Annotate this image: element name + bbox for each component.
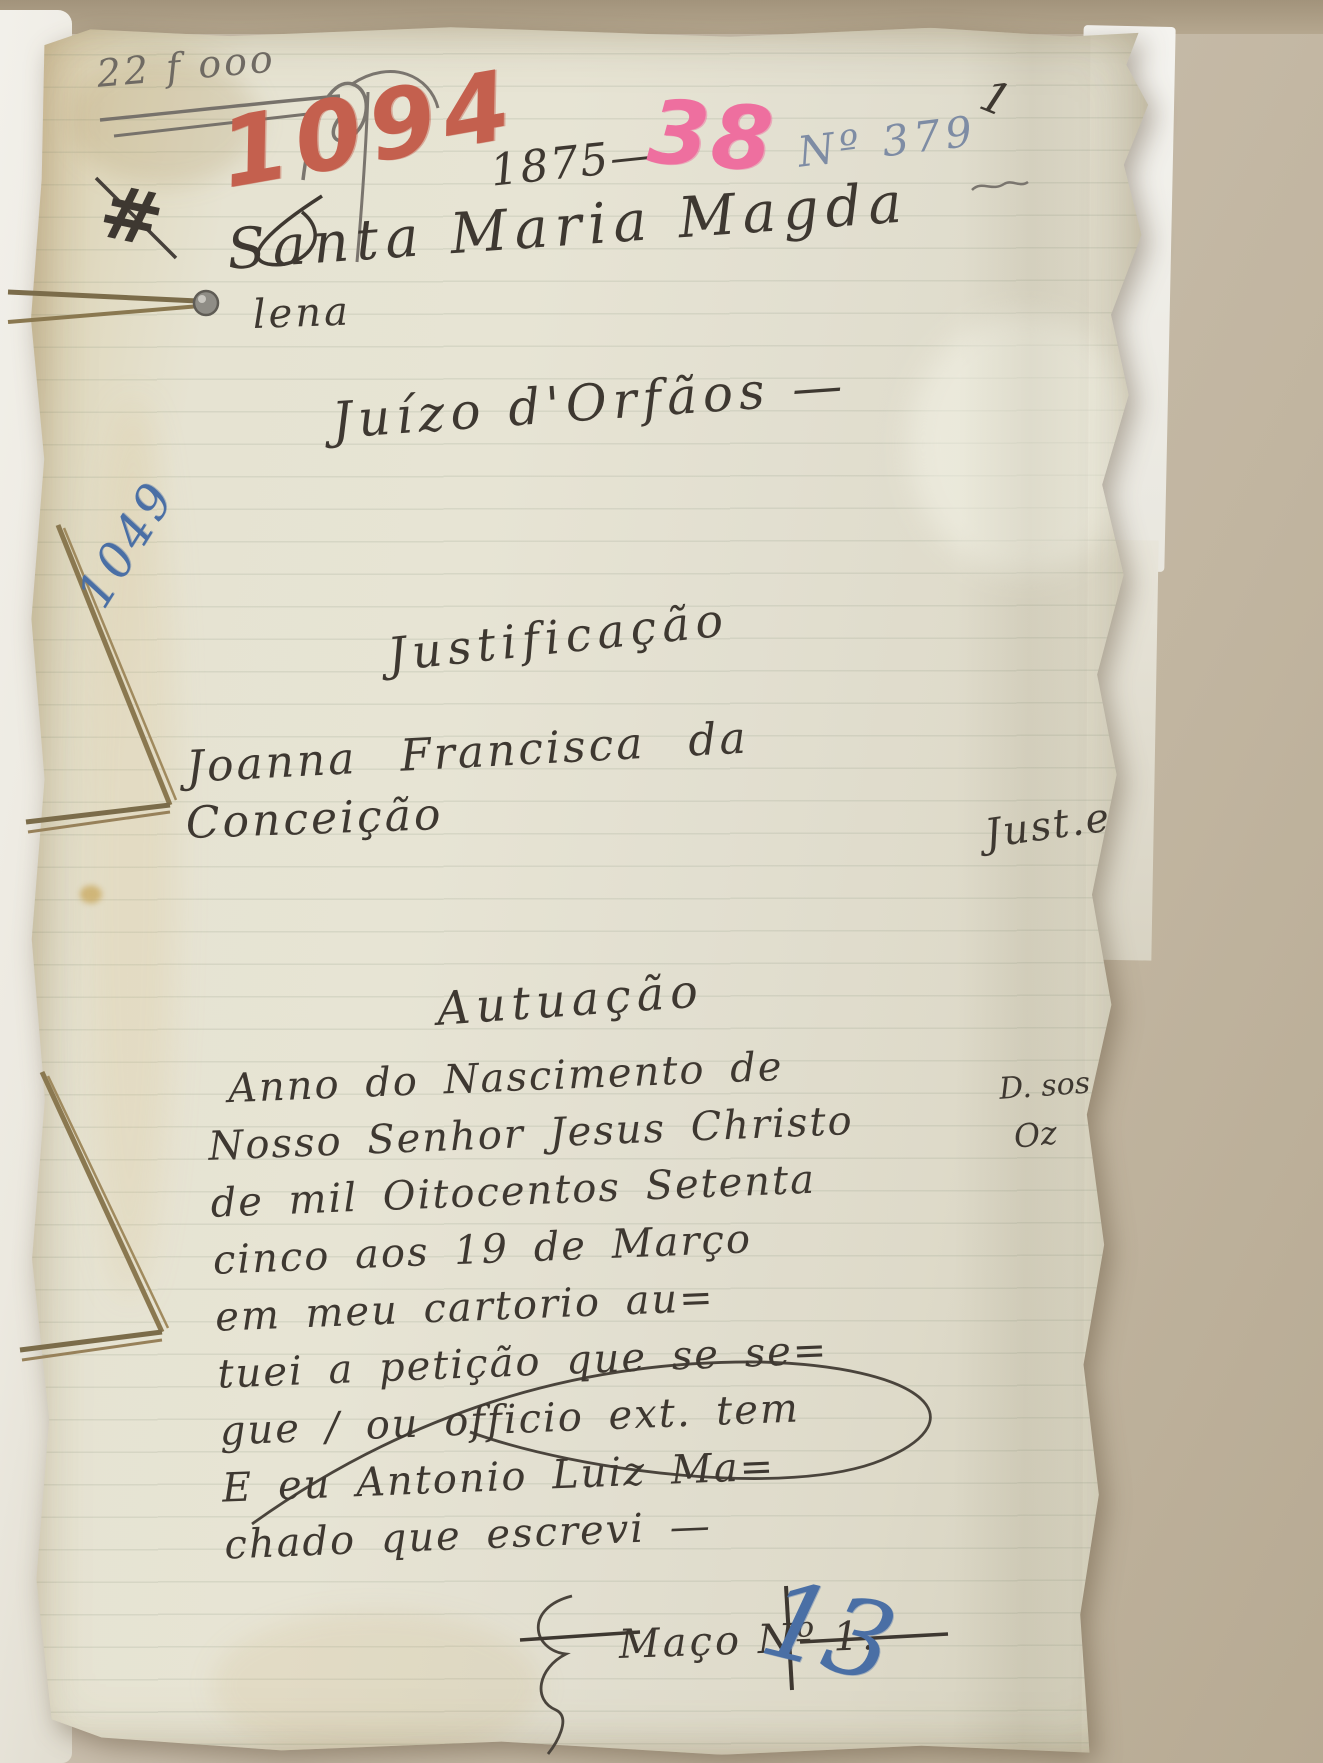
margin-note-line2: Oz	[1012, 1113, 1059, 1155]
margin-note-line1: D. sos	[998, 1066, 1091, 1107]
manuscript-photo-scene: 22 f ooo # 1094 1875— 38 Nº 379 1 Santa …	[0, 0, 1323, 1763]
parish-title-line2: lena	[252, 289, 352, 338]
party-name-line2: Conceição	[185, 789, 444, 849]
autuacao-body-text: Anno do Nascimento de Nosso Senhor Jesus…	[205, 1036, 871, 1574]
pink-docket-number: 38	[645, 80, 778, 192]
